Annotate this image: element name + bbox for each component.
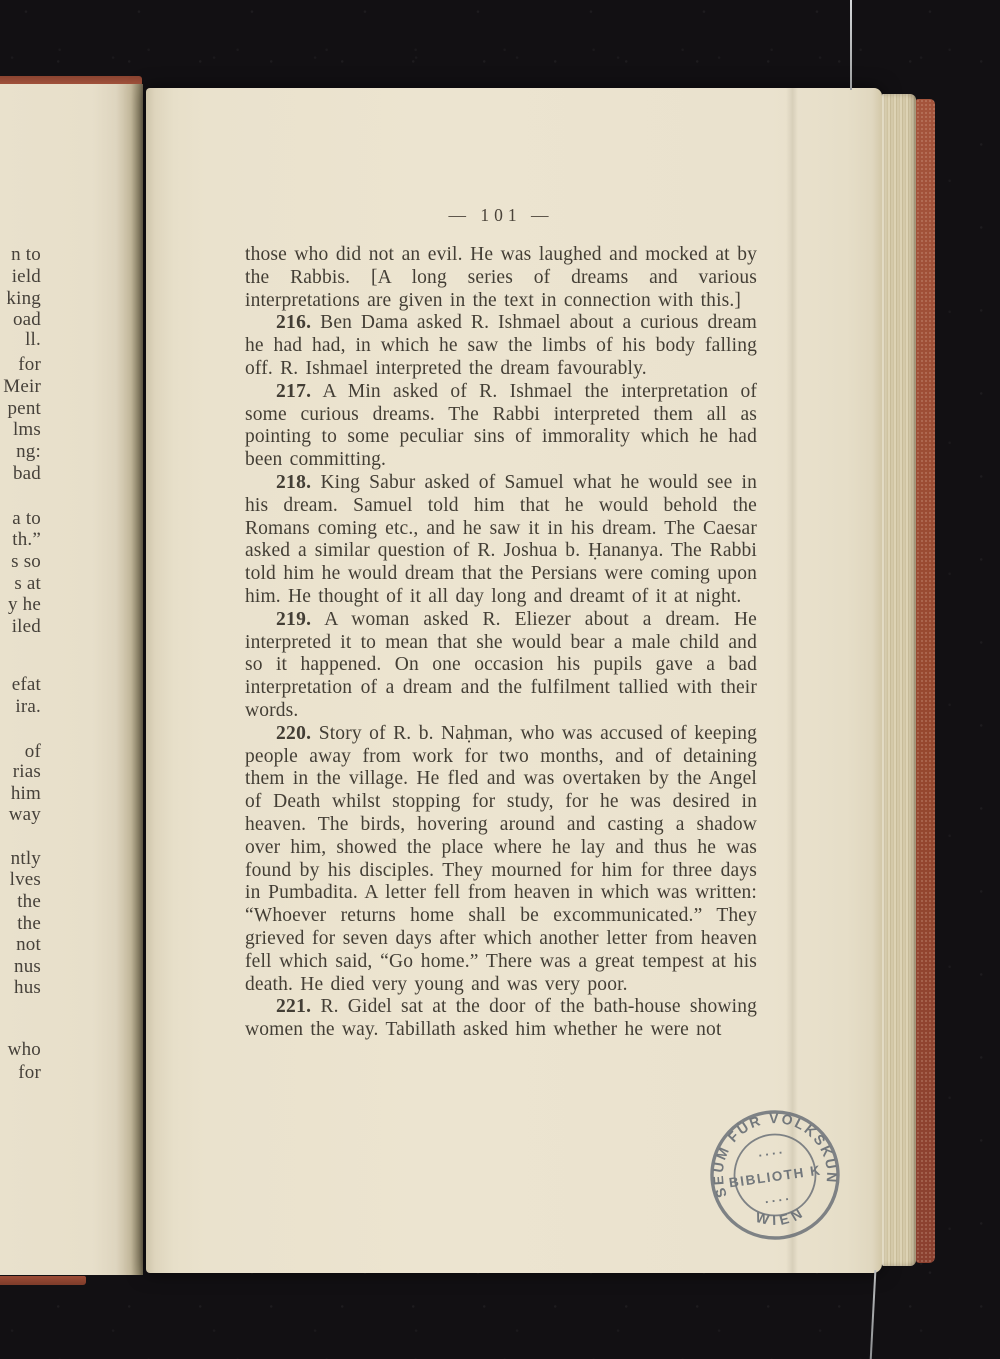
fragment-line: the <box>17 913 41 935</box>
stamp-dots-top: ···· <box>757 1144 786 1163</box>
paragraph-number: 216. <box>276 312 311 333</box>
paragraph-number: 219. <box>276 609 311 630</box>
fragment-line: pent <box>7 398 41 420</box>
book-cover-right <box>916 99 935 1263</box>
paragraph-number: 217. <box>276 381 311 402</box>
fragment-line: of <box>25 741 41 763</box>
paragraph-221: 221. R. Gidel sat at the door of the bat… <box>245 996 757 1042</box>
book-photo: n toieldkingoadll.forMeirpentlmsng:bada … <box>0 0 1000 1359</box>
fragment-line: lms <box>13 419 41 441</box>
fragment-line: efat <box>12 674 41 696</box>
fragment-line: ng: <box>16 441 41 463</box>
paragraph-218: 218. King Sabur asked of Samuel what he … <box>245 472 757 609</box>
page-text: those who did not an evil. He was laughe… <box>245 244 757 1042</box>
paragraph-continuation: those who did not an evil. He was laughe… <box>245 244 757 312</box>
book-cover-bottom-edge <box>0 1276 86 1285</box>
paragraph-220: 220. Story of R. b. Naḥman, who was accu… <box>245 723 757 997</box>
paragraph-number: 220. <box>276 723 311 744</box>
fragment-line: a to <box>12 508 41 530</box>
stamp-ring-text: MUSEUM FÜR VOLKSKUNDE <box>685 1085 843 1206</box>
paragraph-219: 219. A woman asked R. Eliezer about a dr… <box>245 609 757 723</box>
page-fore-edge <box>882 94 916 1266</box>
fragment-line: lves <box>10 869 41 891</box>
fragment-line: s at <box>14 573 41 595</box>
paragraph-217: 217. A Min asked of R. Ishmael the inter… <box>245 381 757 472</box>
fragment-line: king <box>6 288 41 310</box>
paragraph-number: 218. <box>276 472 311 493</box>
fragment-line: hus <box>14 977 41 999</box>
stamp-dots-bottom: ···· <box>764 1191 793 1210</box>
fragment-line: rias <box>13 761 41 783</box>
fragment-line: who <box>8 1039 41 1061</box>
paragraph-216: 216. Ben Dama asked R. Ishmael about a c… <box>245 312 757 380</box>
fragment-line: ield <box>12 266 41 288</box>
thread-line-bottom <box>870 1270 877 1359</box>
fragment-line: not <box>16 934 41 956</box>
fragment-line: nus <box>14 956 41 978</box>
fragment-line: oad <box>13 309 41 331</box>
fragment-line: s so <box>11 551 41 573</box>
paragraph-number: 221. <box>276 996 311 1017</box>
fragment-line: way <box>9 804 41 826</box>
fragment-line: for <box>18 354 41 376</box>
fragment-line: iled <box>12 616 41 638</box>
facing-page: n toieldkingoadll.forMeirpentlmsng:bada … <box>0 84 143 1275</box>
main-page: — 101 — those who did not an evil. He wa… <box>146 88 882 1273</box>
fragment-line: ira. <box>15 696 41 718</box>
fragment-line: y he <box>8 594 41 616</box>
fragment-line: ll. <box>25 329 41 351</box>
page-number: — 101 — <box>244 205 758 226</box>
fragment-line: n to <box>11 244 41 266</box>
fragment-line: for <box>18 1062 41 1084</box>
fragment-line: the <box>17 891 41 913</box>
stamp-center-text: BIBLIOTH K <box>728 1163 822 1191</box>
library-stamp: MUSEUM FÜR VOLKSKUNDE WIEN ···· BIBLIOTH… <box>685 1085 866 1266</box>
thread-line-top <box>850 0 852 90</box>
fragment-line: him <box>11 783 41 805</box>
fragment-line: Meir <box>3 376 41 398</box>
fragment-line: bad <box>13 463 41 485</box>
fragment-line: th.” <box>12 529 41 551</box>
fragment-line: ntly <box>11 848 41 870</box>
